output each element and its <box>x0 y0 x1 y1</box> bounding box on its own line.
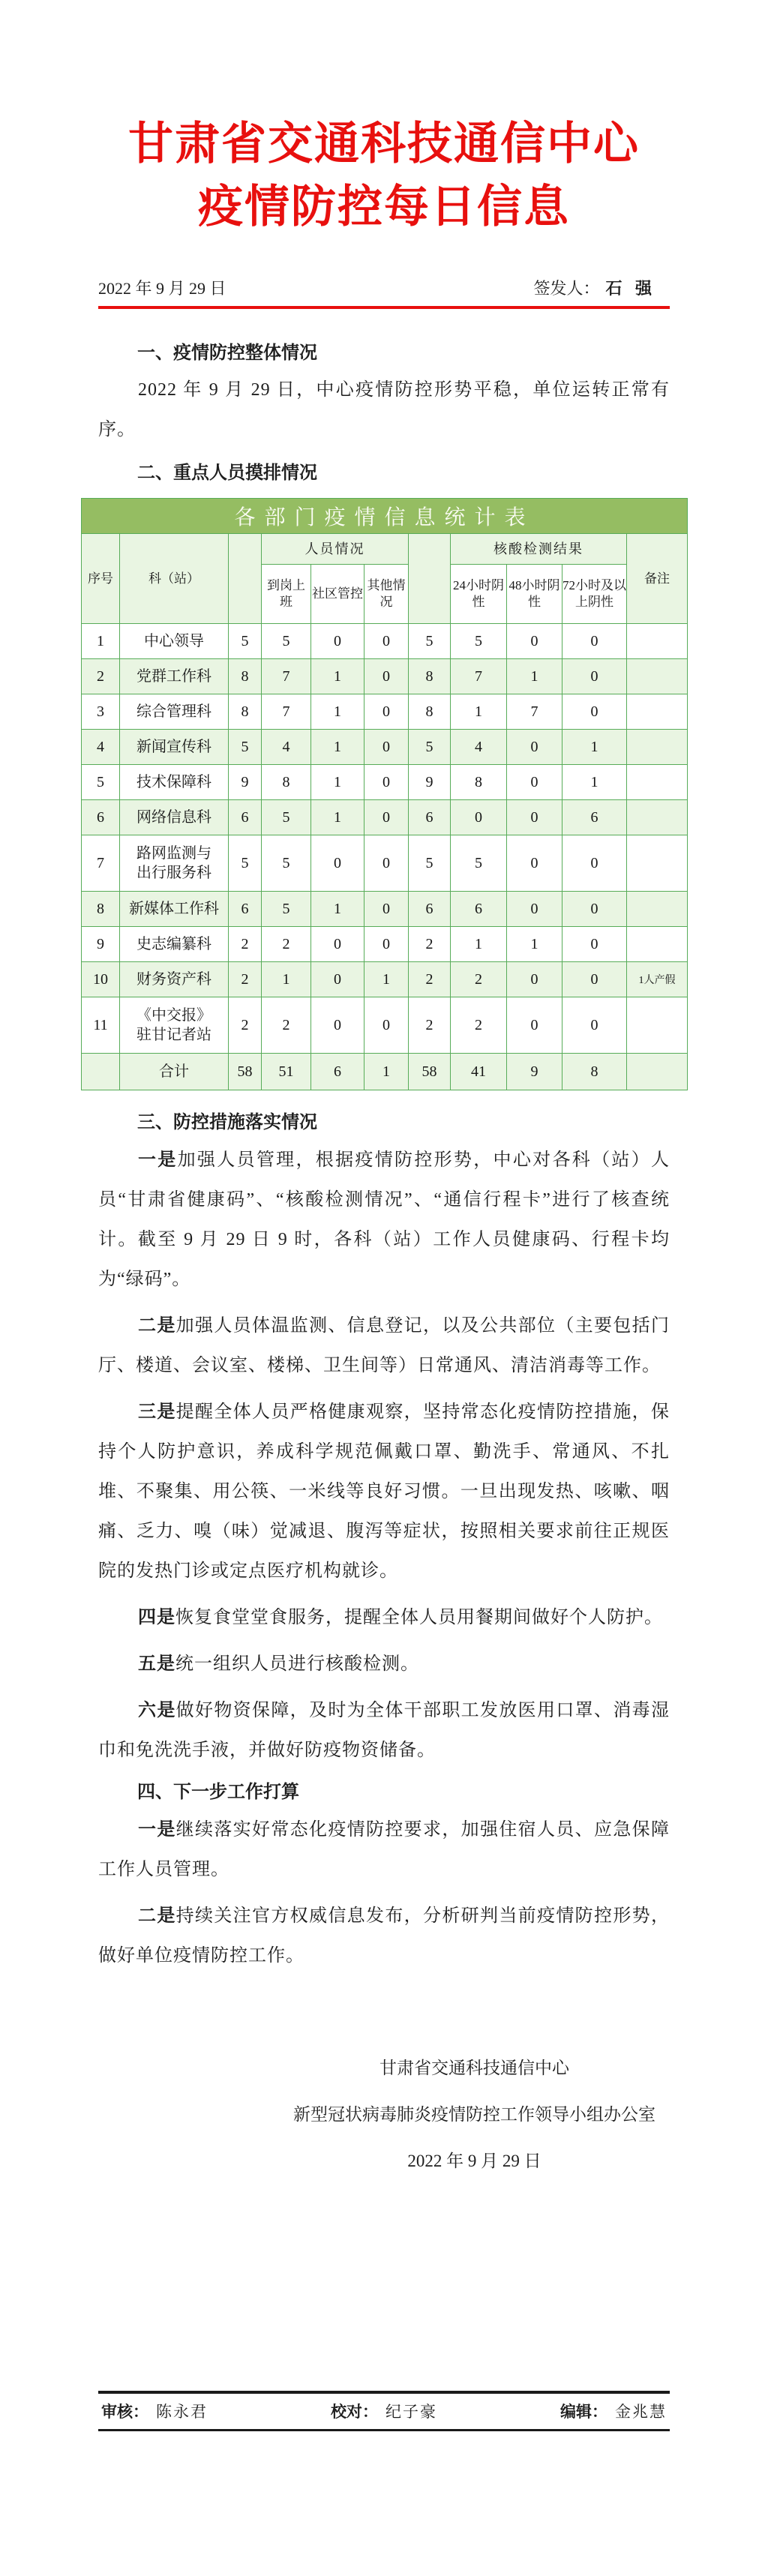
col-header-48h-negative: 48小时阴性 <box>507 565 562 624</box>
paragraph-text: 做好物资保障，及时为全体干部职工发放医用口罩、消毒湿巾和免洗洗手液，并做好防疫物… <box>98 1701 670 1760</box>
value-cell: 0 <box>364 765 409 800</box>
section-1-paragraph: 2022 年 9 月 29 日，中心疫情防控形势平稳，单位运转正常有序。 <box>98 370 670 450</box>
dept-cell: 路网监测与 出行服务科 <box>120 835 229 892</box>
value-cell: 0 <box>364 730 409 765</box>
row-index-cell: 5 <box>82 765 120 800</box>
dept-cell: 综合管理科 <box>120 694 229 730</box>
dept-cell: 新媒体工作科 <box>120 892 229 927</box>
value-cell: 1 <box>311 892 364 927</box>
document-title: 甘肃省交通科技通信中心 疫情防控每日信息 <box>0 0 768 238</box>
note-cell <box>627 730 688 765</box>
document-page: 甘肃省交通科技通信中心 疫情防控每日信息 2022 年 9 月 29 日 签发人… <box>0 0 768 2576</box>
table-row: 2党群工作科87108710 <box>82 659 688 694</box>
title-line-1: 甘肃省交通科技通信中心 <box>0 112 768 175</box>
value-cell: 0 <box>562 624 627 659</box>
value-cell: 58 <box>229 1054 262 1090</box>
col-header-people-total <box>229 534 262 624</box>
issuer-name: 石 强 <box>605 279 656 298</box>
value-cell: 2 <box>409 962 451 997</box>
value-cell: 0 <box>364 835 409 892</box>
value-cell: 6 <box>229 800 262 835</box>
footer: 审核：陈永君 校对：纪子豪 编辑：金兆慧 <box>98 2391 670 2431</box>
table-total-row: 合计585161584198 <box>82 1054 688 1090</box>
dept-cell: 党群工作科 <box>120 659 229 694</box>
row-index-cell: 11 <box>82 997 120 1054</box>
measures-paragraphs: 一是加强人员管理，根据疫情防控形势，中心对各科（站）人员“甘肃省健康码”、“核酸… <box>98 1140 670 1771</box>
footer-bottom-line <box>98 2429 670 2431</box>
value-cell: 9 <box>229 765 262 800</box>
measures-paragraph: 五是统一组织人员进行核酸检测。 <box>98 1644 670 1684</box>
value-cell: 0 <box>562 962 627 997</box>
value-cell: 0 <box>562 927 627 962</box>
col-group-people: 人员情况 <box>262 534 409 565</box>
value-cell: 8 <box>229 694 262 730</box>
value-cell: 5 <box>262 892 311 927</box>
signature-org-line-1: 甘肃省交通科技通信中心 <box>293 2045 655 2092</box>
paragraph-lead: 二是 <box>138 1906 176 1926</box>
value-cell: 5 <box>229 730 262 765</box>
signature-org-line-2: 新型冠状病毒肺炎疫情防控工作领导小组办公室 <box>293 2092 655 2138</box>
paragraph-text: 统一组织人员进行核酸检测。 <box>175 1654 419 1674</box>
value-cell: 6 <box>409 800 451 835</box>
value-cell: 5 <box>451 624 507 659</box>
value-cell: 0 <box>507 624 562 659</box>
dept-cell: 网络信息科 <box>120 800 229 835</box>
red-divider-line <box>98 306 670 309</box>
value-cell: 6 <box>562 800 627 835</box>
value-cell: 4 <box>451 730 507 765</box>
row-index-cell: 10 <box>82 962 120 997</box>
value-cell: 0 <box>311 835 364 892</box>
value-cell: 0 <box>507 765 562 800</box>
table-body: 1中心领导550055002党群工作科871087103综合管理科8710817… <box>82 624 688 1090</box>
value-cell: 6 <box>229 892 262 927</box>
signature-block: 甘肃省交通科技通信中心 新型冠状病毒肺炎疫情防控工作领导小组办公室 2022 年… <box>293 2045 655 2185</box>
table-row: 9史志编纂科22002110 <box>82 927 688 962</box>
edit-name: 金兆慧 <box>615 2403 667 2421</box>
value-cell: 1 <box>311 800 364 835</box>
value-cell: 9 <box>507 1054 562 1090</box>
table-row: 11《中交报》 驻甘记者站22002200 <box>82 997 688 1054</box>
note-cell <box>627 835 688 892</box>
epidemic-statistics-table: 各部门疫情信息统计表 序号 科（站） 人员情况 核酸检测结果 备注 到岗上班 社… <box>81 498 688 1090</box>
paragraph-text: 加强人员管理，根据疫情防控形势，中心对各科（站）人员“甘肃省健康码”、“核酸检测… <box>98 1150 670 1289</box>
paragraph-lead: 二是 <box>138 1315 176 1336</box>
value-cell: 8 <box>262 765 311 800</box>
paragraph-text: 加强人员体温监测、信息登记，以及公共部位（主要包括门厅、楼道、会议室、楼梯、卫生… <box>98 1316 670 1375</box>
value-cell: 1 <box>364 962 409 997</box>
value-cell: 8 <box>409 659 451 694</box>
measures-paragraph: 三是提醒全体人员严格健康观察，坚持常态化疫情防控措施，保持个人防护意识，养成科学… <box>98 1392 670 1591</box>
value-cell: 1 <box>507 927 562 962</box>
proof-name: 纪子豪 <box>385 2403 437 2421</box>
col-header-test-total <box>409 534 451 624</box>
measures-paragraph: 四是恢复食堂堂食服务，提醒全体人员用餐期间做好个人防护。 <box>98 1597 670 1638</box>
value-cell: 0 <box>364 694 409 730</box>
document-date: 2022 年 9 月 29 日 <box>98 276 226 299</box>
value-cell: 6 <box>409 892 451 927</box>
value-cell: 5 <box>229 835 262 892</box>
value-cell: 0 <box>364 624 409 659</box>
measures-paragraph: 一是加强人员管理，根据疫情防控形势，中心对各科（站）人员“甘肃省健康码”、“核酸… <box>98 1140 670 1300</box>
paragraph-text: 提醒全体人员严格健康观察，坚持常态化疫情防控措施，保持个人防护意识，养成科学规范… <box>98 1402 670 1581</box>
table-row: 7路网监测与 出行服务科55005500 <box>82 835 688 892</box>
note-cell <box>627 765 688 800</box>
paragraph-lead: 四是 <box>138 1607 175 1627</box>
value-cell: 0 <box>364 659 409 694</box>
note-cell <box>627 927 688 962</box>
dept-cell: 财务资产科 <box>120 962 229 997</box>
paragraph-lead: 一是 <box>138 1819 176 1840</box>
paragraph-text: 恢复食堂堂食服务，提醒全体人员用餐期间做好个人防护。 <box>175 1608 663 1627</box>
value-cell: 2 <box>229 927 262 962</box>
value-cell: 1 <box>364 1054 409 1090</box>
value-cell: 0 <box>364 927 409 962</box>
dept-cell: 《中交报》 驻甘记者站 <box>120 997 229 1054</box>
note-cell <box>627 694 688 730</box>
value-cell: 5 <box>229 624 262 659</box>
plans-paragraph: 一是继续落实好常态化疫情防控要求，加强住宿人员、应急保障工作人员管理。 <box>98 1810 670 1890</box>
header-group-row: 序号 科（站） 人员情况 核酸检测结果 备注 <box>82 534 688 565</box>
note-cell <box>627 624 688 659</box>
dept-cell: 新闻宣传科 <box>120 730 229 765</box>
dept-cell: 技术保障科 <box>120 765 229 800</box>
value-cell: 9 <box>409 765 451 800</box>
row-index-cell: 7 <box>82 835 120 892</box>
signature-date: 2022 年 9 月 29 日 <box>293 2138 655 2185</box>
value-cell: 5 <box>409 624 451 659</box>
value-cell: 5 <box>409 835 451 892</box>
review-name: 陈永君 <box>156 2403 208 2421</box>
value-cell: 2 <box>262 997 311 1054</box>
table-row: 4新闻宣传科54105401 <box>82 730 688 765</box>
value-cell: 1 <box>451 694 507 730</box>
value-cell: 0 <box>562 892 627 927</box>
document-body: 一、疫情防控整体情况 2022 年 9 月 29 日，中心疫情防控形势平稳，单位… <box>98 342 670 1976</box>
table-row: 1中心领导55005500 <box>82 624 688 659</box>
measures-paragraph: 六是做好物资保障，及时为全体干部职工发放医用口罩、消毒湿巾和免洗洗手液，并做好防… <box>98 1690 670 1771</box>
value-cell: 0 <box>507 962 562 997</box>
footer-proof: 校对：纪子豪 <box>331 2400 437 2422</box>
value-cell: 2 <box>451 997 507 1054</box>
value-cell: 5 <box>262 800 311 835</box>
section-heading-3: 三、防控措施落实情况 <box>98 1111 670 1134</box>
value-cell: 41 <box>451 1054 507 1090</box>
value-cell: 7 <box>262 659 311 694</box>
value-cell: 0 <box>507 730 562 765</box>
issuer: 签发人：石 强 <box>533 276 670 299</box>
paragraph-lead: 一是 <box>138 1150 178 1170</box>
col-header-index: 序号 <box>82 534 120 624</box>
row-index-cell: 3 <box>82 694 120 730</box>
table-row: 6网络信息科65106006 <box>82 800 688 835</box>
note-cell <box>627 800 688 835</box>
row-index-cell <box>82 1054 120 1090</box>
value-cell: 8 <box>562 1054 627 1090</box>
table-header: 各部门疫情信息统计表 序号 科（站） 人员情况 核酸检测结果 备注 到岗上班 社… <box>82 499 688 624</box>
paragraph-lead: 五是 <box>138 1654 175 1674</box>
col-header-on-duty: 到岗上班 <box>262 565 311 624</box>
row-index-cell: 6 <box>82 800 120 835</box>
value-cell: 2 <box>451 962 507 997</box>
value-cell: 5 <box>409 730 451 765</box>
title-line-2: 疫情防控每日信息 <box>0 175 768 238</box>
table-row: 10财务资产科210122001人产假 <box>82 962 688 997</box>
section-heading-2: 二、重点人员摸排情况 <box>98 462 670 484</box>
value-cell: 1 <box>562 730 627 765</box>
value-cell: 0 <box>311 962 364 997</box>
value-cell: 0 <box>364 800 409 835</box>
col-header-community-control: 社区管控 <box>311 565 364 624</box>
value-cell: 8 <box>451 765 507 800</box>
review-label: 审核： <box>101 2404 148 2421</box>
paragraph-text: 继续落实好常态化疫情防控要求，加强住宿人员、应急保障工作人员管理。 <box>98 1820 670 1879</box>
note-cell <box>627 1054 688 1090</box>
value-cell: 1 <box>311 659 364 694</box>
date-issuer-row: 2022 年 9 月 29 日 签发人：石 强 <box>98 276 670 299</box>
col-header-72h-negative: 72小时及以上阴性 <box>562 565 627 624</box>
value-cell: 2 <box>409 927 451 962</box>
table-row: 3综合管理科87108170 <box>82 694 688 730</box>
dept-cell: 中心领导 <box>120 624 229 659</box>
value-cell: 51 <box>262 1054 311 1090</box>
value-cell: 0 <box>507 892 562 927</box>
value-cell: 4 <box>262 730 311 765</box>
value-cell: 0 <box>507 800 562 835</box>
row-index-cell: 1 <box>82 624 120 659</box>
value-cell: 6 <box>451 892 507 927</box>
table-title: 各部门疫情信息统计表 <box>82 499 688 534</box>
proof-label: 校对： <box>331 2404 378 2421</box>
value-cell: 1 <box>262 962 311 997</box>
edit-label: 编辑： <box>560 2404 607 2421</box>
value-cell: 6 <box>311 1054 364 1090</box>
row-index-cell: 8 <box>82 892 120 927</box>
value-cell: 2 <box>262 927 311 962</box>
value-cell: 0 <box>562 835 627 892</box>
table-title-row: 各部门疫情信息统计表 <box>82 499 688 534</box>
value-cell: 8 <box>409 694 451 730</box>
col-group-test: 核酸检测结果 <box>451 534 627 565</box>
value-cell: 0 <box>311 997 364 1054</box>
plans-paragraphs: 一是继续落实好常态化疫情防控要求，加强住宿人员、应急保障工作人员管理。二是持续关… <box>98 1810 670 1976</box>
table-row: 8新媒体工作科65106600 <box>82 892 688 927</box>
value-cell: 0 <box>311 624 364 659</box>
value-cell: 1 <box>562 765 627 800</box>
dept-cell: 史志编纂科 <box>120 927 229 962</box>
paragraph-lead: 六是 <box>138 1700 176 1720</box>
value-cell: 5 <box>262 624 311 659</box>
value-cell: 0 <box>311 927 364 962</box>
note-cell <box>627 892 688 927</box>
value-cell: 0 <box>562 694 627 730</box>
paragraph-text: 持续关注官方权威信息发布，分析研判当前疫情防控形势，做好单位疫情防控工作。 <box>98 1906 670 1966</box>
value-cell: 0 <box>507 835 562 892</box>
table-row: 5技术保障科98109801 <box>82 765 688 800</box>
value-cell: 0 <box>364 892 409 927</box>
value-cell: 0 <box>364 997 409 1054</box>
row-index-cell: 2 <box>82 659 120 694</box>
issuer-label: 签发人： <box>533 279 599 298</box>
value-cell: 0 <box>562 659 627 694</box>
value-cell: 5 <box>262 835 311 892</box>
value-cell: 7 <box>451 659 507 694</box>
col-header-dept: 科（站） <box>120 534 229 624</box>
value-cell: 1 <box>451 927 507 962</box>
col-header-24h-negative: 24小时阴性 <box>451 565 507 624</box>
section-heading-1: 一、疫情防控整体情况 <box>98 342 670 364</box>
footer-credits-row: 审核：陈永君 校对：纪子豪 编辑：金兆慧 <box>98 2394 670 2429</box>
value-cell: 0 <box>507 997 562 1054</box>
value-cell: 0 <box>451 800 507 835</box>
paragraph-lead: 三是 <box>138 1402 176 1422</box>
value-cell: 8 <box>229 659 262 694</box>
value-cell: 1 <box>311 765 364 800</box>
value-cell: 2 <box>409 997 451 1054</box>
col-header-note: 备注 <box>627 534 688 624</box>
col-header-other: 其他情况 <box>364 565 409 624</box>
value-cell: 0 <box>562 997 627 1054</box>
footer-edit: 编辑：金兆慧 <box>560 2400 667 2422</box>
value-cell: 2 <box>229 997 262 1054</box>
value-cell: 7 <box>262 694 311 730</box>
value-cell: 2 <box>229 962 262 997</box>
row-index-cell: 9 <box>82 927 120 962</box>
value-cell: 58 <box>409 1054 451 1090</box>
note-cell: 1人产假 <box>627 962 688 997</box>
plans-paragraph: 二是持续关注官方权威信息发布，分析研判当前疫情防控形势，做好单位疫情防控工作。 <box>98 1896 670 1976</box>
note-cell <box>627 997 688 1054</box>
row-index-cell: 4 <box>82 730 120 765</box>
value-cell: 5 <box>451 835 507 892</box>
dept-cell: 合计 <box>120 1054 229 1090</box>
value-cell: 1 <box>507 659 562 694</box>
section-heading-4: 四、下一步工作打算 <box>98 1781 670 1804</box>
note-cell <box>627 659 688 694</box>
value-cell: 7 <box>507 694 562 730</box>
value-cell: 1 <box>311 694 364 730</box>
footer-review: 审核：陈永君 <box>101 2400 208 2422</box>
measures-paragraph: 二是加强人员体温监测、信息登记，以及公共部位（主要包括门厅、楼道、会议室、楼梯、… <box>98 1306 670 1386</box>
value-cell: 1 <box>311 730 364 765</box>
